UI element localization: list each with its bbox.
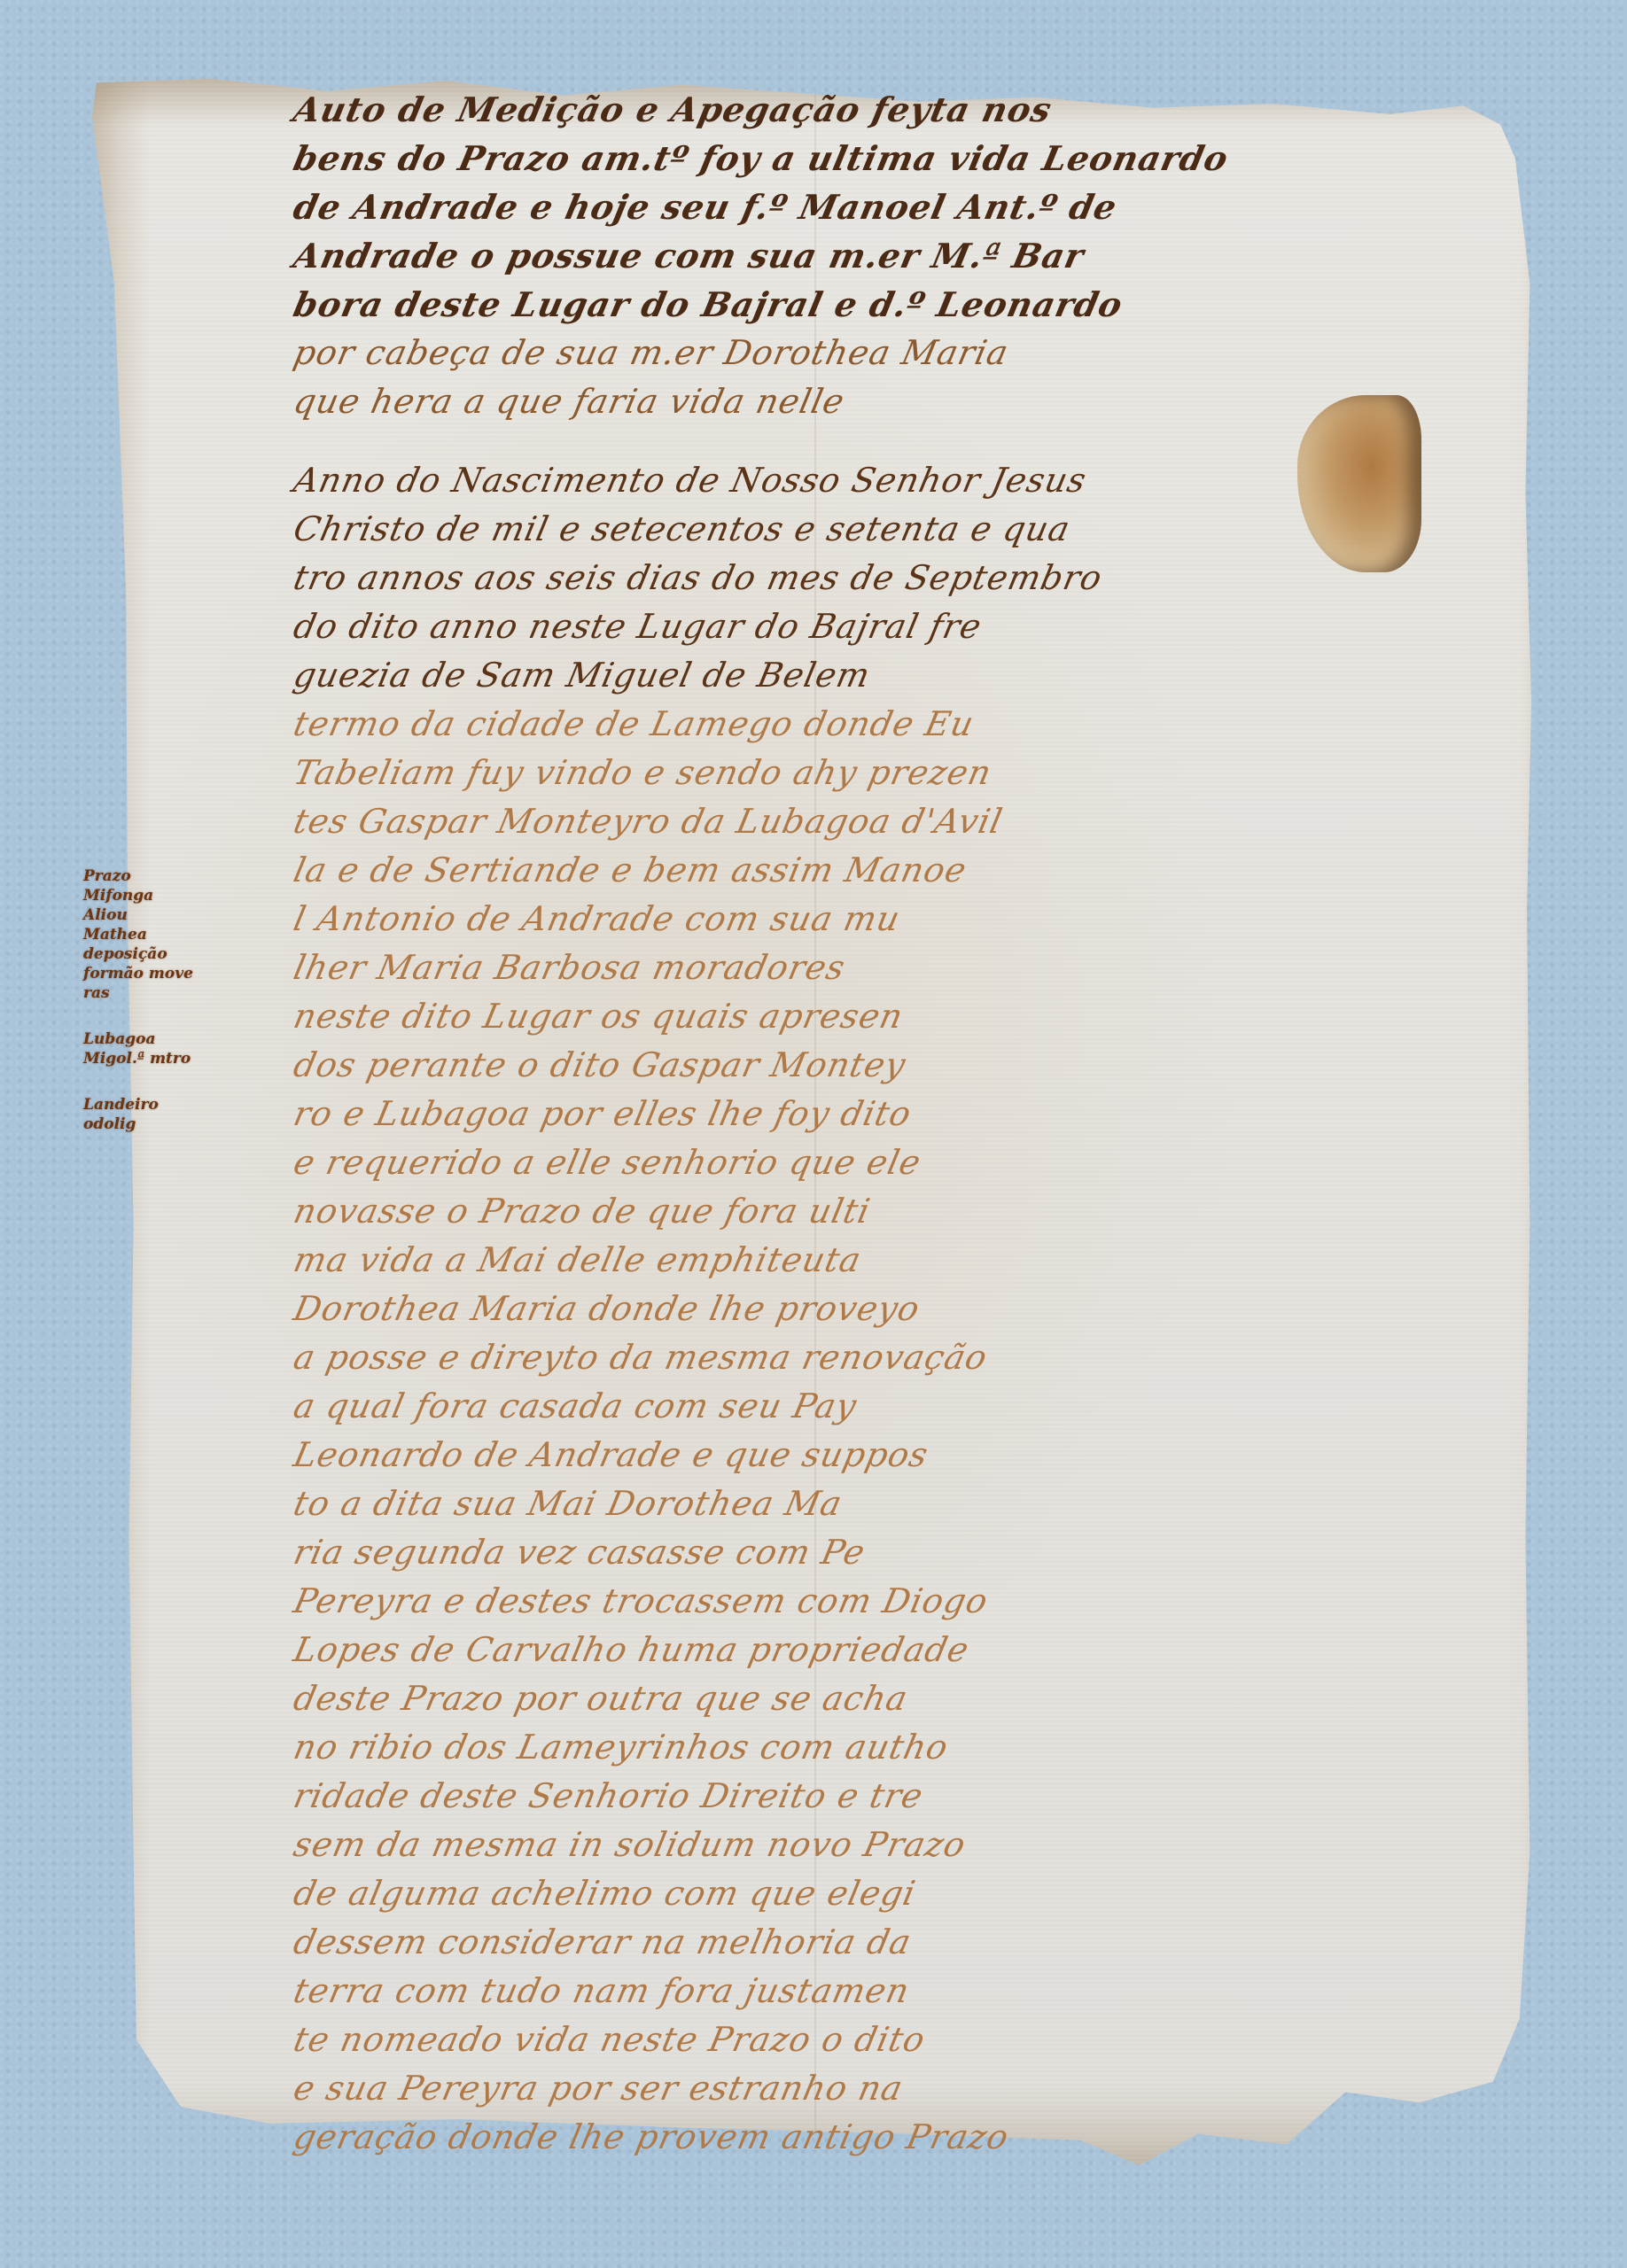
text-line: to a dita sua Mai Dorothea Ma	[289, 1480, 1478, 1528]
text-line: termo da cidade de Lamego donde Eu	[289, 700, 1478, 749]
margin-line: Mifonga	[83, 886, 181, 905]
text-line: Pereyra e destes trocassem com Diogo	[289, 1577, 1478, 1626]
text-line: te nomeado vida neste Prazo o dito	[289, 2016, 1478, 2064]
manuscript-text-block: Auto de Medição e Apegação feyta nos ben…	[294, 85, 1473, 2162]
text-line: de alguma achelimo com que elegi	[289, 1869, 1478, 1918]
text-line: novasse o Prazo de que fora ulti	[289, 1187, 1478, 1236]
text-line: Auto de Medição e Apegação feyta nos	[289, 85, 1478, 134]
text-line: Dorothea Maria donde lhe proveyo	[289, 1285, 1478, 1333]
text-line: no ribio dos Lameyrinhos com autho	[289, 1723, 1478, 1772]
text-line: guezia de Sam Miguel de Belem	[289, 651, 1478, 700]
text-line: tes Gaspar Monteyro da Lubagoa d'Avil	[289, 797, 1478, 846]
text-line: Anno do Nascimento de Nosso Senhor Jesus	[289, 456, 1478, 505]
text-line: ridade deste Senhorio Direito e tre	[289, 1772, 1478, 1821]
margin-line: deposição	[83, 944, 181, 964]
text-line: de Andrade e hoje seu f.º Manoel Ant.º d…	[289, 183, 1478, 231]
text-line: a qual fora casada com seu Pay	[289, 1382, 1478, 1431]
text-line: Christo de mil e setecentos e setenta e …	[289, 505, 1478, 554]
margin-line: Mathea	[83, 925, 181, 944]
margin-line: Aliou	[83, 905, 181, 925]
text-line: lher Maria Barbosa moradores	[289, 944, 1478, 992]
text-line: ria segunda vez casasse com Pe	[289, 1528, 1478, 1577]
margin-annotation: Prazo Mifonga Aliou Mathea deposição for…	[83, 866, 181, 1134]
text-line: Andrade o possue com sua m.er M.ª Bar	[289, 231, 1478, 280]
margin-gap	[83, 1068, 181, 1095]
text-line: deste Prazo por outra que se acha	[289, 1674, 1478, 1723]
heading-paragraph: Auto de Medição e Apegação feyta nos ben…	[294, 85, 1473, 426]
text-line: a posse e direyto da mesma renovação	[289, 1333, 1478, 1382]
text-line: dos perante o dito Gaspar Montey	[289, 1041, 1478, 1090]
text-line: geração donde lhe provem antigo Prazo	[289, 2113, 1478, 2162]
margin-line: ras	[83, 983, 181, 1003]
text-line: ro e Lubagoa por elles lhe foy dito	[289, 1090, 1478, 1138]
text-line: Tabeliam fuy vindo e sendo ahy prezen	[289, 749, 1478, 797]
body-paragraph: Anno do Nascimento de Nosso Senhor Jesus…	[294, 456, 1473, 2162]
text-line: neste dito Lugar os quais apresen	[289, 992, 1478, 1041]
text-line: tro annos aos seis dias do mes de Septem…	[289, 554, 1478, 602]
margin-line: Migol.ª mtro	[83, 1049, 181, 1068]
margin-line: Prazo	[83, 866, 181, 886]
text-line: por cabeça de sua m.er Dorothea Maria	[289, 329, 1478, 377]
text-line: que hera a que faria vida nelle	[289, 377, 1478, 426]
text-line: e requerido a elle senhorio que ele	[289, 1138, 1478, 1187]
text-line: Lopes de Carvalho huma propriedade	[289, 1626, 1478, 1674]
margin-line: Lubagoa	[83, 1029, 181, 1049]
text-line: Leonardo de Andrade e que suppos	[289, 1431, 1478, 1480]
text-line: dessem considerar na melhoria da	[289, 1918, 1478, 1967]
margin-line: odolig	[83, 1115, 181, 1134]
text-line: sem da mesma in solidum novo Prazo	[289, 1821, 1478, 1869]
text-line: ma vida a Mai delle emphiteuta	[289, 1236, 1478, 1285]
margin-gap	[83, 1003, 181, 1029]
text-line: do dito anno neste Lugar do Bajral fre	[289, 602, 1478, 651]
margin-line: formão move	[83, 964, 181, 983]
text-line: l Antonio de Andrade com sua mu	[289, 895, 1478, 944]
text-line: la e de Sertiande e bem assim Manoe	[289, 846, 1478, 895]
text-line: terra com tudo nam fora justamen	[289, 1967, 1478, 2016]
text-line: bora deste Lugar do Bajral e d.º Leonard…	[289, 280, 1478, 329]
text-line: e sua Pereyra por ser estranho na	[289, 2064, 1478, 2113]
text-line: bens do Prazo am.tº foy a ultima vida Le…	[289, 134, 1478, 183]
margin-line: Landeiro	[83, 1095, 181, 1115]
